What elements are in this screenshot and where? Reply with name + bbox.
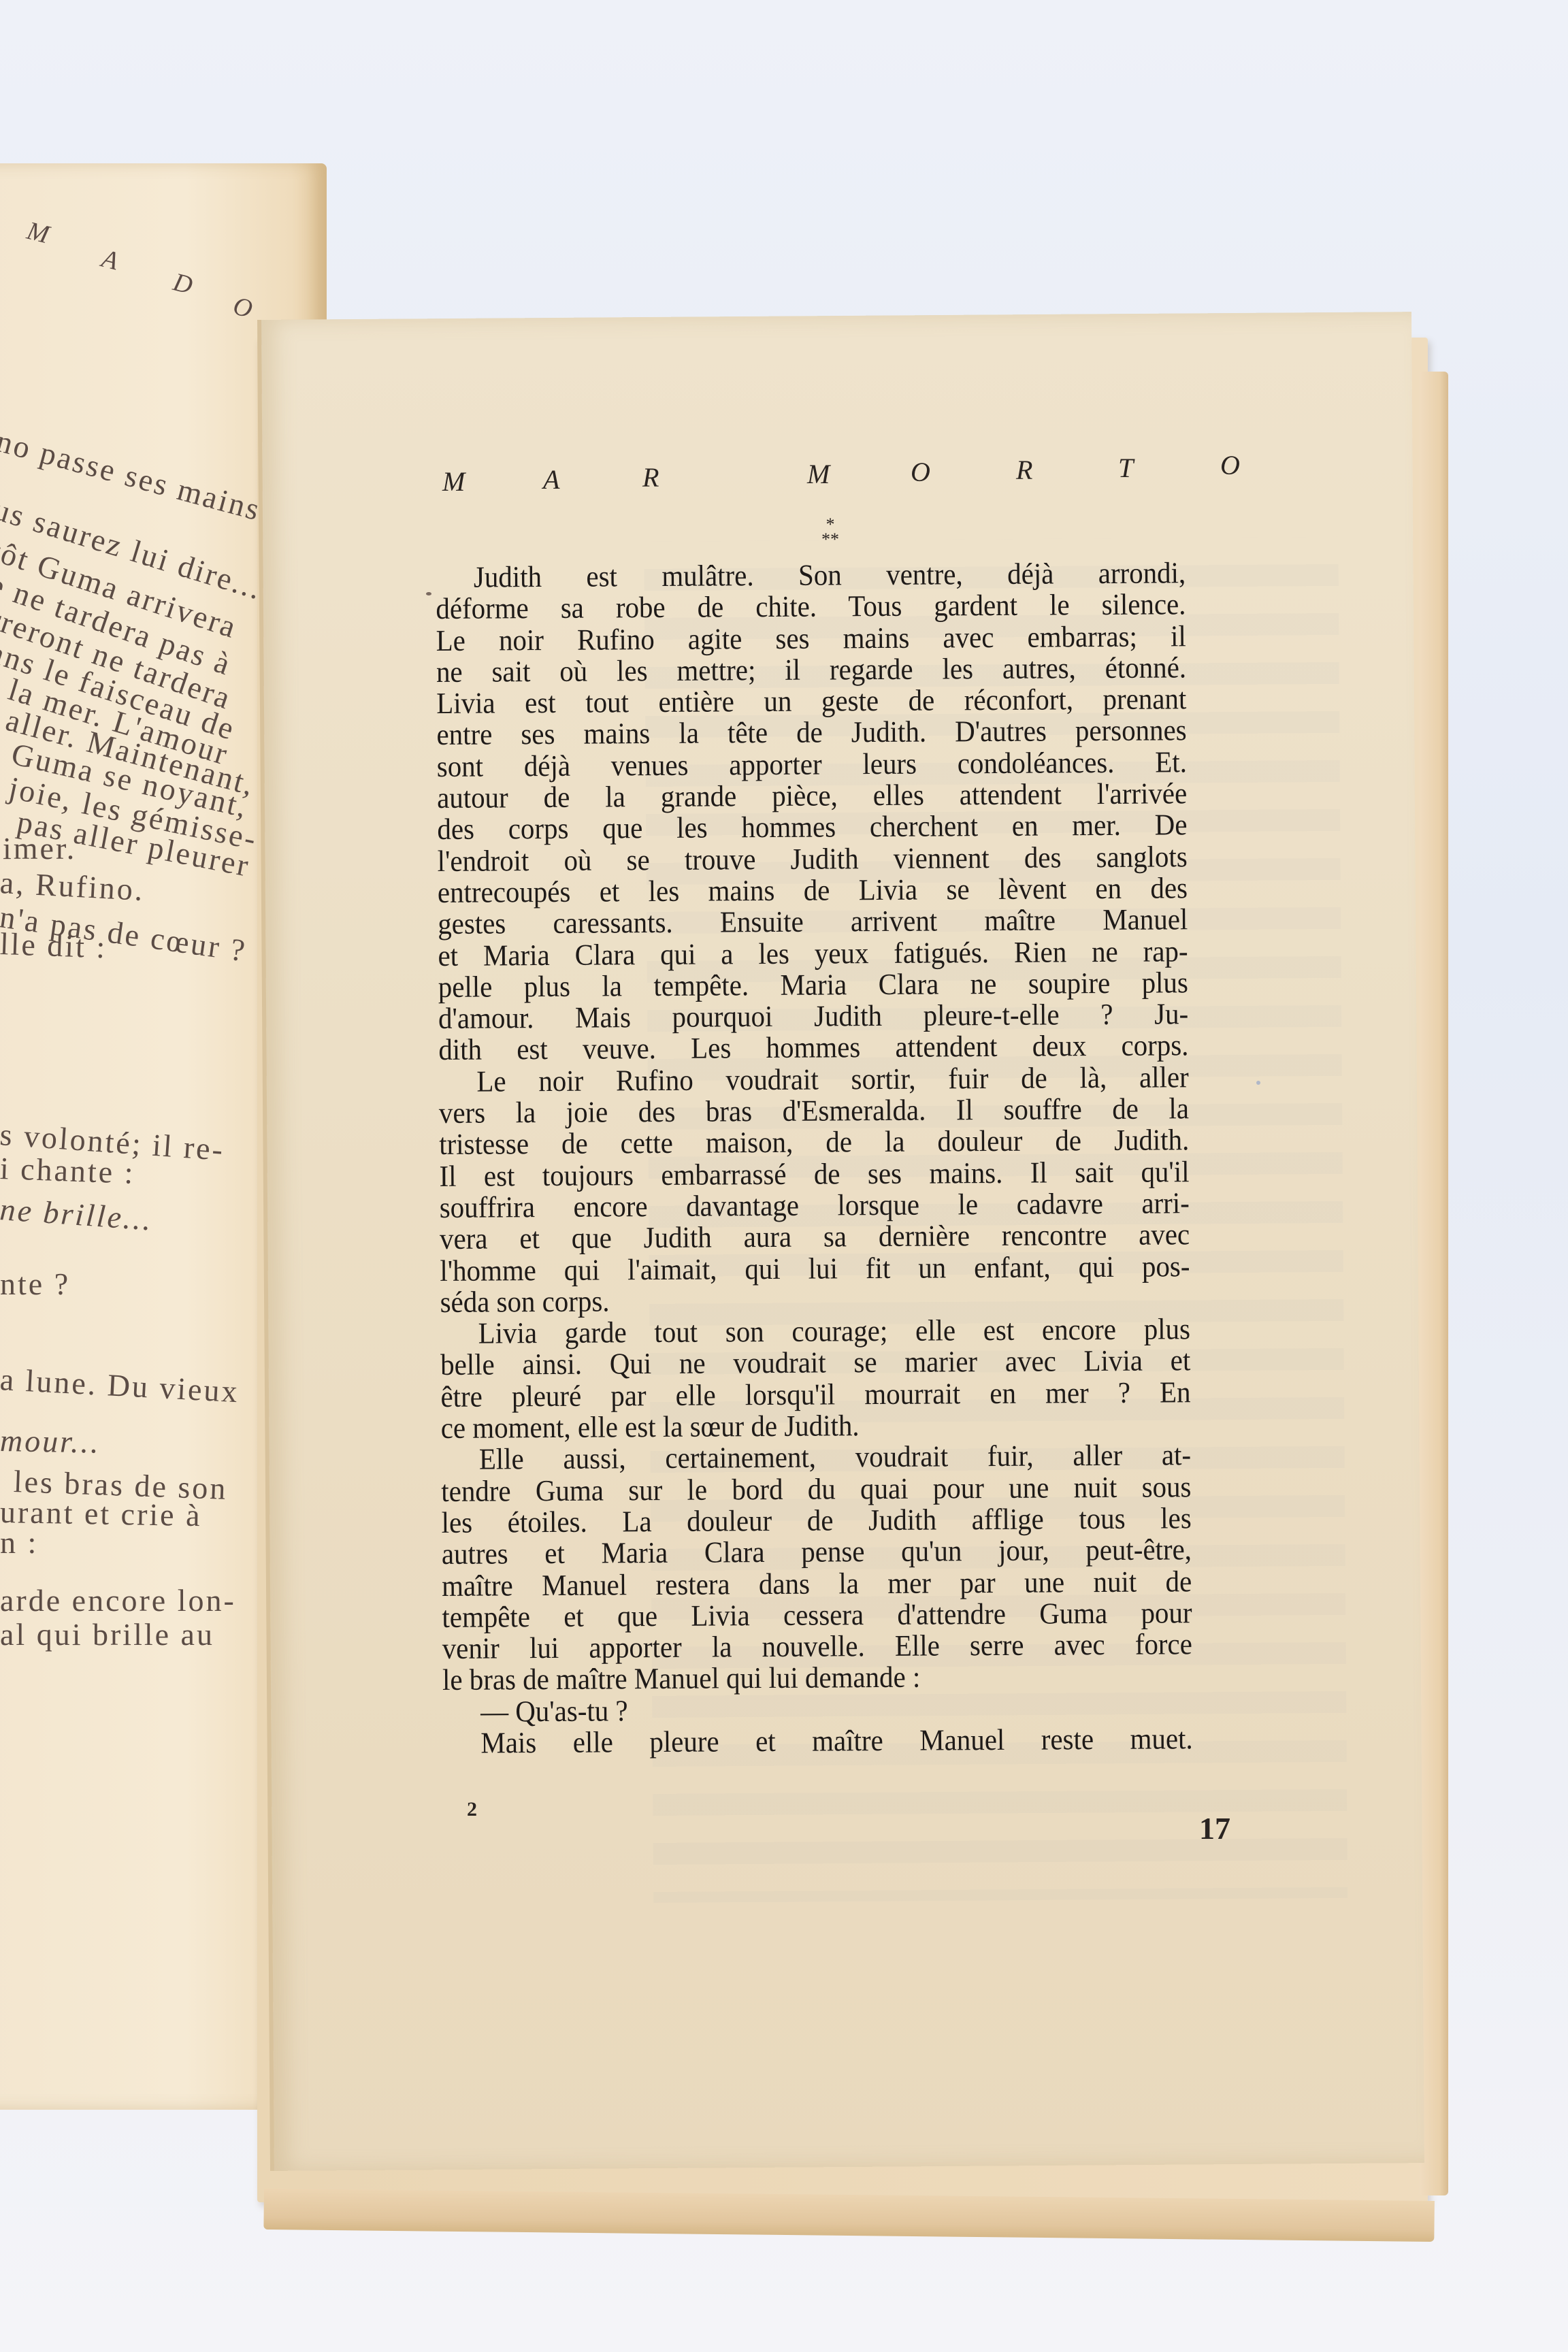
running-head-letter: O (1220, 449, 1241, 481)
left-text-line: mour... (0, 1422, 101, 1460)
left-text-line: nte ? (0, 1266, 70, 1302)
paper-speck (1256, 1081, 1260, 1085)
left-text-line: n : (0, 1524, 38, 1561)
section-break-asterism: * ** (810, 517, 851, 547)
left-running-head: M A D O (54, 191, 327, 313)
running-head-letter: T (1118, 452, 1134, 484)
text-line: Mais elle pleure et maître Manuel reste … (442, 1723, 1192, 1759)
running-head-letter: R (1016, 454, 1033, 486)
text-line: être pleuré par elle lorsqu'il mourrait … (440, 1377, 1190, 1413)
running-head-letter: A (543, 463, 560, 495)
left-text-line: arde encore lon- (0, 1582, 236, 1618)
body-text: Judith est mulâtre. Son ventre, déjà arr… (436, 557, 1193, 1759)
running-head-letter: M (442, 465, 465, 497)
text-line: venir lui apporter la nouvelle. Elle ser… (442, 1629, 1192, 1665)
running-head-letter: M (807, 458, 830, 490)
left-text-line: al qui brille au (0, 1616, 214, 1652)
asterism-bottom: ** (810, 532, 851, 547)
page-stack-right-edge (1420, 372, 1448, 2195)
signature-mark: 2 (467, 1798, 477, 1821)
page-number: 17 (1199, 1810, 1230, 1846)
left-text-line: imer. (3, 830, 76, 866)
running-head-letter: R (642, 461, 659, 493)
text-line: le bras de maître Manuel qui lui demande… (442, 1661, 1192, 1697)
left-text-line: i chante : (0, 1150, 135, 1191)
left-running-head-letter: D (170, 267, 195, 300)
left-text-line: lle dit : (0, 926, 108, 965)
running-head: M A R M O R T O (442, 449, 1239, 490)
left-running-head-letter: A (99, 244, 121, 276)
paper-speck (426, 592, 431, 595)
running-head-letter: O (911, 456, 931, 488)
page-stack-bottom-edge (263, 2189, 1435, 2242)
text-line: l'homme qui l'aimait, qui lui fit un enf… (440, 1251, 1190, 1287)
